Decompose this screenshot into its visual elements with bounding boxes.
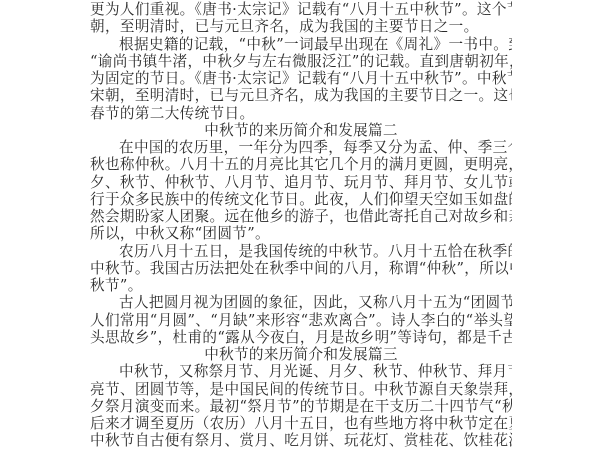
paragraph-first-line: 在中国的农历里，一年分为四季，每季又分为孟、仲、季三个部分，因而中 (90, 139, 512, 156)
paragraph-line: 中秋节。我国古历法把处在秋季中间的八月，称谓“仲秋”，所以中秋节又叫“仲 (90, 260, 512, 277)
paragraph-line: 所以，中秋又称“团圆节”。 (90, 225, 512, 242)
paragraph-line: “谕尚书镇牛渚，中秋夕与左右微服泛江”的记载。直到唐朝初年，中秋节才成 (90, 53, 512, 70)
section-heading: 中秋节的来历简介和发展篇三 (90, 346, 512, 363)
paragraph-line: 春节的第二大传统节日。 (90, 105, 512, 122)
paragraph-line: 行于众多民族中的传统文化节日。此夜，人们仰望天空如玉如盘的朗朗明月，自 (90, 191, 512, 208)
paragraph-first-line: 根据史籍的记载，“中秋”一词最早出现在《周礼》一书中。到魏晋时，有 (90, 36, 512, 53)
paragraph-line: 为固定的节日。《唐书·太宗记》记载有“八月十五中秋节”。中秋节的盛行始于 (90, 70, 512, 87)
paragraph-line: 夕、秋节、仲秋节、八月节、追月节、玩月节、拜月节、女儿节或团圆节，是流 (90, 174, 512, 191)
paragraph-line: 朝，至明清时，已与元旦齐名，成为我国的主要节日之一。 (90, 18, 512, 35)
paragraph-line: 然会期盼家人团聚。远在他乡的游子，也借此寄托自己对故乡和亲人的思念之情。 (90, 208, 512, 225)
paragraph-first-line: 农历八月十五日，是我国传统的中秋节。八月十五恰在秋季的中间，故谓之 (90, 243, 512, 260)
paragraph-first-line: 中秋节，又称祭月节、月光诞、月夕、秋节、仲秋节、拜月节、月娘节、月 (90, 363, 512, 380)
document-page: 更为人们重视。《唐书·太宗记》记载有“八月十五中秋节”。这个节日盛行于宋朝，至明… (90, 1, 512, 400)
paragraph-line: 人们常用“月圆”、“月缺”来形容“悲欢离合”。诗人李白的“举头望明月，低 (90, 312, 512, 329)
paragraph-line: 更为人们重视。《唐书·太宗记》记载有“八月十五中秋节”。这个节日盛行于宋 (90, 1, 512, 18)
paragraph-line: 宋朝，至明清时，已与元旦齐名，成为我国的主要节日之一。这也是我国仅次于 (90, 87, 512, 104)
paragraph-line: 头思故乡”，杜甫的“露从今夜白，月是故乡明”等诗句，都是千古绝唱。 (90, 329, 512, 346)
section-heading: 中秋节的来历简介和发展篇二 (90, 122, 512, 139)
paragraph-line: 亮节、团圆节等，是中国民间的传统节日。中秋节源自天象崇拜，由上古时代秋 (90, 381, 512, 398)
paragraph-line: 秋也称仲秋。八月十五的月亮比其它几个月的满月更圆，更明亮，所以又叫做月 (90, 156, 512, 173)
paragraph-line: 秋节”。 (90, 277, 512, 294)
paragraph-first-line: 古人把圆月视为团圆的象征，因此，又称八月十五为“团圆节”。古往今来， (90, 294, 512, 311)
